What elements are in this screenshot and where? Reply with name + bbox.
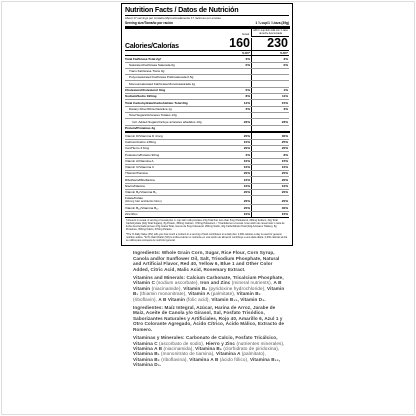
percent-dv-cereal: 12% [223, 100, 251, 105]
nutrition-facts-title: Nutrition Facts / Datos de Nutrición [125, 6, 289, 16]
percent-dv-with-milk: 25% [251, 140, 289, 145]
percent-dv-with-milk: 0% [251, 63, 289, 68]
nutrient-name: Folate/Folato(40mcg folic acid/ácido fól… [125, 196, 223, 204]
percent-dv-with-milk: 8% [251, 152, 289, 157]
dv-header-cereal: % DV* [222, 51, 251, 55]
percent-dv-cereal: 0% [223, 88, 251, 93]
nutrition-facts-box: Nutrition Facts / Datos de Nutrición Abo… [121, 3, 293, 246]
nutrient-name: Thiamin/Tiamina [125, 172, 223, 177]
percent-dv-cereal: 10% [223, 159, 251, 164]
nutrient-name: Polyunsaturated Fat/Grasa Poliinsaturada… [125, 76, 223, 81]
percent-dv-cereal: 3% [223, 56, 251, 61]
percent-dv-cereal: 20% [223, 196, 251, 204]
calories-label: Calories/Calorías [125, 43, 222, 50]
nutrient-name: Vitamin B₁₂/Vitamina B₁₂ [125, 206, 223, 211]
vitamin-row: Zinc/Zinc10%15% [125, 212, 289, 217]
percent-dv-with-milk [251, 81, 289, 86]
percent-dv-cereal [223, 113, 251, 118]
nutrient-name: Iron/Hierro 3.6mg [125, 146, 223, 151]
percent-dv-with-milk: 11% [251, 94, 289, 99]
percent-dv-with-milk [251, 75, 289, 80]
nutrient-name: Incl. Added Sugars/Incluye azúcares añad… [125, 120, 223, 125]
nutrient-name: Total Fat/Grasa Total 2g† [125, 57, 223, 62]
percent-dv-with-milk: 10% [251, 184, 289, 189]
calories-value-cereal: 160 [222, 38, 251, 50]
calories-column-headers: Cereal with ¾ cup skim milk con ¾ taza d… [125, 29, 289, 37]
percent-dv-with-milk: 20% [251, 177, 289, 182]
percent-dv-with-milk: 15% [251, 100, 289, 105]
percent-dv-cereal: 10% [223, 212, 251, 217]
percent-dv-with-milk: 15% [251, 212, 289, 217]
nutrient-name: Vitamin C/Vitamina C [125, 165, 223, 170]
nutrient-row: Protein/Proteínas 2g [125, 126, 289, 131]
percent-dv-cereal: 26% [223, 119, 251, 124]
percent-dv-cereal: 20% [223, 133, 251, 138]
calories-row: Calories/Calorías 160 230 [125, 37, 289, 51]
percent-dv-with-milk: 30% [251, 205, 289, 210]
nutrient-name: Vitamin B₆/Vitamina B₆ [125, 191, 223, 196]
nutrient-name: Dietary Fiber/Fibra Dietética 1g [125, 107, 223, 112]
percent-dv-with-milk: 15% [251, 159, 289, 164]
percent-dv-cereal: 0% [223, 63, 251, 68]
percent-dv-with-milk: 3% [251, 107, 289, 112]
footnotes: †Amount in cereal. A serving of cereal p… [125, 217, 289, 243]
nutrient-name: Vitamin A/Vitamina A [125, 159, 223, 164]
percent-dv-cereal: 10% [223, 165, 251, 170]
nutrient-name: Saturated Fat/Grasa Saturada 0g [125, 63, 223, 68]
nutrient-name: Potassium/Potasio 90mg [125, 153, 223, 158]
percent-dv-cereal: 2% [223, 152, 251, 157]
percent-dv-with-milk: 20% [251, 190, 289, 195]
footnote-daily-value: *The % Daily Value (DV) tells you how mu… [126, 233, 288, 242]
dv-header-with-milk: % DV* [251, 51, 289, 55]
percent-dv-with-milk: 26% [251, 119, 289, 124]
percent-dv-with-milk: 20% [251, 146, 289, 151]
percent-dv-cereal [223, 69, 251, 74]
nutrient-name: Calcium/Calcio 130mg [125, 140, 223, 145]
serving-size-value: 1 ¼ cup/1 ¼ taza (39g) [255, 21, 289, 25]
nutrient-name: Niacin/Niacina [125, 184, 223, 189]
percent-dv-cereal: 20% [223, 205, 251, 210]
calories-value-with-milk: 230 [251, 38, 289, 50]
nutrient-name: Cholesterol/Colesterol 0mg [125, 88, 223, 93]
percent-dv-cereal: 10% [223, 140, 251, 145]
nutrient-name: Riboflavin/Riboflavina [125, 178, 223, 183]
vitamins-minerals-spanish: Vitaminas y Minerales: Carbonato de Calc… [133, 335, 285, 367]
nutrient-name: Zinc/Zinc [125, 212, 223, 217]
percent-dv-with-milk [251, 113, 289, 118]
percent-dv-cereal [223, 126, 251, 131]
percent-dv-with-milk: 25% [251, 171, 289, 176]
nutrient-rows: Total Fat/Grasa Total 2g†3%3%Saturated F… [125, 56, 289, 131]
nutrient-name: Protein/Proteínas 2g [125, 126, 223, 131]
nutrition-label: Nutrition Facts / Datos de Nutrición Abo… [121, 3, 293, 371]
ingredients-english: Ingredients: Whole Grain Corn, Sugar, Ri… [133, 250, 285, 272]
percent-dv-with-milk: 30% [251, 133, 289, 138]
nutrient-name: Vitamin D/Vitamina D 4mcg [125, 134, 223, 139]
serving-size-label: Serving size/Tamaño por ración [125, 21, 173, 25]
percent-dv-with-milk: 1% [251, 88, 289, 93]
percent-dv-with-milk [251, 69, 289, 74]
nutrient-name: Total Carbohydrate/Carbohidrato Total 33… [125, 101, 223, 106]
nutrient-name: Trans Fat/Grasa Trans 0g [125, 69, 223, 74]
percent-dv-cereal: 20% [223, 171, 251, 176]
vitamins-minerals-english: Vitamins and Minerals: Calcium Carbonate… [133, 275, 285, 302]
ingredients-section: Ingredients: Whole Grain Corn, Sugar, Ri… [133, 250, 285, 367]
percent-dv-cereal: 20% [223, 190, 251, 195]
footnote-amount-in-cereal: †Amount in cereal. A serving of cereal p… [126, 219, 288, 232]
percent-dv-with-milk: 20% [251, 196, 289, 204]
nutrient-name: Total Sugars/Azúcares Totales 13g [125, 113, 223, 118]
nutrient-name: Sodium/Sodio 190mg [125, 95, 223, 100]
nutrient-subtext: (40mcg folic acid/ácido fólico) [125, 199, 162, 203]
percent-dv-cereal: 10% [223, 177, 251, 182]
nutrient-name: Monounsaturated Fat/Grasa Monoinsaturada… [125, 82, 223, 87]
percent-dv-cereal: 8% [223, 94, 251, 99]
percent-dv-with-milk [251, 126, 289, 131]
percent-dv-with-milk: 3% [251, 56, 289, 61]
percent-dv-cereal [223, 75, 251, 80]
vitamin-row: Folate/Folato(40mcg folic acid/ácido fól… [125, 196, 289, 205]
vitamin-mineral-rows: Vitamin D/Vitamina D 4mcg20%30%Calcium/C… [125, 133, 289, 217]
percent-dv-cereal [223, 81, 251, 86]
percent-dv-cereal: 3% [223, 107, 251, 112]
percent-dv-with-milk: 10% [251, 165, 289, 170]
ingredients-spanish: Ingredientes: Maíz Integral, Azúcar, Har… [133, 305, 285, 332]
percent-dv-cereal: 10% [223, 184, 251, 189]
percent-dv-cereal: 20% [223, 146, 251, 151]
